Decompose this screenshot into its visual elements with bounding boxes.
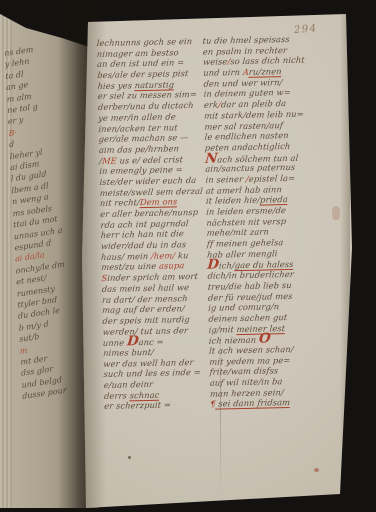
text-column-left: lechnunns goch se einnimager am bestsoan… [96, 36, 206, 412]
ink-text: ku [175, 250, 189, 260]
manuscript-line: er scherzpuit = [104, 399, 207, 412]
manuscript-line: ¶ sei dann fridsam [210, 396, 343, 409]
ink-text: er aller berache/nunsp [100, 207, 199, 219]
text-column-right: tu die hmel speisassen psalm in rechterw… [202, 33, 342, 410]
red-stain [314, 468, 319, 472]
ink-text: mit stark/dem leib nu= [204, 108, 304, 120]
ink-text: naturstig [134, 79, 174, 90]
ink-text: schnac [129, 389, 160, 400]
ink-text: nit recht/ [100, 197, 141, 208]
ink-text: wider/dad du in das [101, 239, 187, 251]
ink-text: epistel la= [248, 173, 295, 184]
ink-text: mag auf der erden/ [102, 303, 185, 315]
ink-text: bes/ale der speis pist [97, 68, 189, 80]
ink-text: er scherzpuit = [104, 400, 172, 411]
manuscript-photo: ns demy lehnta dlan gem almne tol ger yB… [0, 0, 376, 512]
ink-text: sei dann fridsam [215, 397, 290, 409]
ink-text: in seiner [205, 174, 246, 185]
ink-text: prieda [260, 194, 289, 205]
edge-stain [332, 206, 340, 220]
ink-text: so lass dich nicht [230, 55, 305, 67]
ink-text: nimes bunt/ [103, 347, 155, 358]
ink-text: aim das pe/hrnben [99, 143, 180, 155]
ink-text: lechnunns goch se ein [96, 36, 192, 48]
rubric-text: /hem/ [151, 250, 176, 261]
ink-text: der speis mit nurdig [102, 314, 190, 326]
ink-text: it leiden hie/ [206, 195, 261, 206]
ink-text: das mein sel hail we [101, 282, 189, 294]
parchment-crease [220, 308, 221, 498]
ink-text: erk [204, 100, 219, 110]
ink-text: hies yes [97, 80, 135, 91]
rubric-text: ME [102, 155, 118, 165]
ink-text: weise [203, 57, 228, 68]
manuscript-page: 294 lechnunns goch se einnimager am best… [80, 8, 354, 512]
ink-text: mehe/mit zarn [206, 227, 269, 238]
ink-text: ye mer/in allen de [98, 111, 176, 123]
ink-text: und uirn [203, 67, 243, 78]
ink-text: derrs [104, 390, 130, 401]
ink-text: le endlichen nasten [204, 130, 289, 142]
rubric-text: asupa [159, 261, 185, 272]
ink-text: treu/die hab lieb su [207, 280, 292, 292]
ink-text: in leiden ersme/de [206, 205, 287, 217]
ink-text: dich/in bruderlicher [207, 269, 294, 281]
ink-text: ff meinen gehelsa [207, 237, 284, 249]
ink-text: e/uan deinr [103, 379, 153, 390]
ink-text: ig/mit [208, 324, 237, 335]
ink-text: tu die hmel speisass [202, 34, 290, 46]
ink-text: dar an pleib da [221, 98, 287, 109]
ink-text: iste/der wider euch da [99, 175, 197, 187]
ink-text: ru/znen [248, 66, 282, 77]
ink-text: mest/zu uine [101, 261, 160, 272]
ink-text: ig und comurg/n [208, 301, 280, 313]
ink-text: lt ach wesen schan/ [209, 344, 294, 356]
ink-speck [128, 456, 131, 459]
ink-text: in emengly peine = [99, 164, 183, 176]
text-block: lechnunns goch se einnimager am bestsoan… [96, 33, 340, 38]
ink-text: inder sprich am wort [107, 271, 198, 283]
rubric-text: Dem ons [140, 197, 178, 208]
